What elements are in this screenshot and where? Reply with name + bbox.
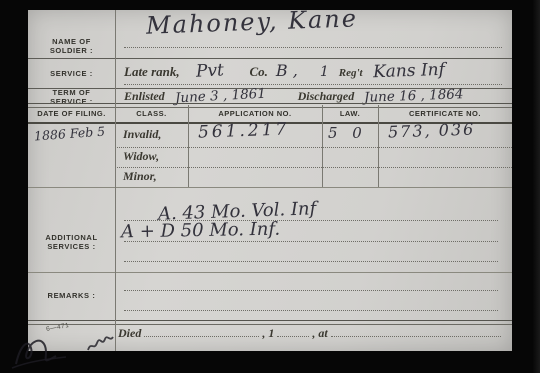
dotted-leader [331,336,501,337]
company-value: B , [276,61,298,80]
term-line: Enlisted June 3 , 1861 Discharged June 1… [124,88,502,103]
regiment-value: Kans Inf [372,60,445,82]
company-label: Co. [250,64,268,80]
class-minor-label: Minor, [123,169,157,184]
rule [28,187,512,188]
certificate-no-value: 573, 036 [388,119,476,141]
service-label: SERVICE : [28,70,115,79]
certificate-no-header: CERTIFICATE NO. [378,109,512,118]
column-divider [378,105,379,187]
rule [28,58,512,59]
regiment-number-value: 1 [320,64,329,80]
remarks-label: REMARKS : [28,292,115,301]
enlisted-label: Enlisted [124,89,165,104]
soldier-name-value: Mahoney, Kane [146,4,359,39]
pension-index-card: NAME OF SOLDIER : Mahoney, Kane SERVICE … [28,10,512,351]
rank-value: Pvt [195,60,224,81]
law-header: LAW. [322,109,378,118]
law-value: 5 0 [328,124,367,142]
double-rule [28,103,512,108]
regiment-label: Reg't [339,67,363,79]
label-line: SERVICES : [28,243,115,252]
class-widow-label: Widow, [123,149,159,164]
dotted-leader [277,336,309,337]
died-line: Died , 1 , at [118,326,504,342]
row-rule [115,166,512,168]
dotted-rule [124,309,498,311]
additional-services-label: ADDITIONAL SERVICES : [28,234,115,251]
column-divider [322,105,323,187]
film-scan-frame: NAME OF SOLDIER : Mahoney, Kane SERVICE … [0,0,540,373]
row-rule [115,146,512,148]
died-year-prefix: , 1 [262,326,274,341]
application-no-header: APPLICATION NO. [188,109,322,118]
dotted-rule [124,260,498,262]
died-at-label: , at [312,326,327,341]
column-divider [188,105,189,187]
additional-services-line2: A + D 50 Mo. Inf. [121,219,280,243]
dotted-leader [144,336,259,337]
discharged-label: Discharged [298,89,355,104]
class-invalid-label: Invalid, [123,127,161,142]
label-column-divider [115,10,116,351]
service-line: Late rank, Pvt Co. B , 1 Reg't Kans Inf [124,61,502,85]
class-header: CLASS. [115,109,188,118]
rule [28,272,512,273]
late-rank-label: Late rank, [124,64,180,80]
name-dotted-rule [124,46,502,48]
double-rule [28,320,512,325]
film-edge [532,0,540,373]
service-dotted-rule [124,83,502,85]
application-no-value: 561.217 [198,119,290,142]
dotted-rule [124,219,498,221]
dotted-rule [124,289,498,291]
date-of-filing-value: 1886 Feb 5 [34,124,106,144]
label-line: SOLDIER : [28,47,115,56]
name-of-soldier-label: NAME OF SOLDIER : [28,38,115,55]
dotted-rule [124,240,498,242]
date-of-filing-header: DATE OF FILING. [28,109,115,118]
corner-scribble-marks [10,330,140,372]
